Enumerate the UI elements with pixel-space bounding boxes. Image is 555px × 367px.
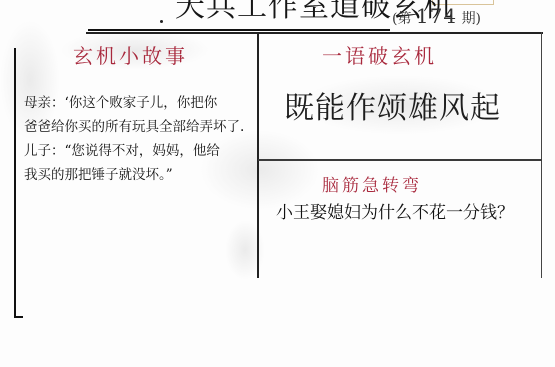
story-line: 母亲：‘你这个败家子儿，你把你 [24, 91, 264, 115]
title-dot [160, 20, 163, 23]
story-line: 爸爸给你买的所有玩具全部给弄坏了. [24, 115, 264, 139]
story-line: 儿子：“您说得不对，妈妈，他给 [24, 139, 264, 163]
story-line: 我买的那把锤子就没坏。” [24, 163, 264, 187]
riddle-question: 小王娶媳妇为什么不花一分钱？ [276, 198, 514, 223]
frame-left-foot [14, 316, 23, 318]
riddle-heading: 脑筋急转弯 [322, 171, 422, 196]
frame-right-border [541, 32, 542, 278]
one-line-heading: 一语破玄机 [322, 40, 437, 69]
frame-top-border [86, 32, 543, 34]
issue-suffix: 期) [462, 11, 481, 27]
issue-label: (第 174 期) [392, 4, 481, 28]
issue-number: 174 [416, 4, 457, 28]
watermark-smudge [225, 220, 265, 280]
right-column-divider [258, 159, 542, 161]
story-heading: 玄机小故事 [73, 40, 188, 69]
hint-phrase: 既能作颂雄风起 [284, 83, 501, 127]
title-underline [88, 29, 390, 31]
issue-prefix: (第 [392, 11, 411, 27]
frame-left-border [14, 48, 16, 318]
story-text: 母亲：‘你这个败家子儿，你把你 爸爸给你买的所有玩具全部给弄坏了. 儿子：“您说… [24, 91, 264, 187]
